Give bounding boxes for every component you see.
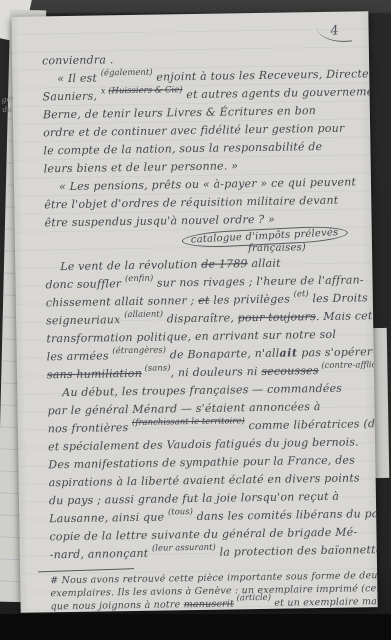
manuscript-segment: allait — [248, 257, 281, 271]
manuscript-segment: transformation politique, en arrivant su… — [46, 328, 336, 346]
manuscript-segment: du pays ; aussi grande fut la joie lorsq… — [49, 490, 339, 508]
manuscript-segment: pour toujours — [238, 310, 316, 324]
manuscript-segment: donc souffler — [45, 277, 125, 291]
manuscript-segment: . Mais cette — [316, 309, 378, 323]
manuscript-segment: (tous) — [168, 507, 193, 517]
manuscript-segment: , ni douleurs ni — [170, 365, 261, 379]
manuscript-segment: sur nos rivages ; l'heure de l'affran- — [153, 273, 364, 289]
manuscript-text: conviendra .« Il est (également) enjoint… — [42, 47, 369, 564]
manuscript-segment: (également) — [101, 68, 153, 79]
manuscript-segment: copie de la lettre suivante du général d… — [49, 525, 357, 543]
manuscript-segment: Lausanne, ainsi que — [49, 510, 168, 525]
page-number-value: 4 — [315, 22, 352, 47]
manuscript-segment: les privilèges — [209, 292, 293, 306]
manuscript-segment: leurs biens et de leur personne. » — [44, 159, 239, 175]
manuscript-segment: être l'objet d'ordres de réquisition mil… — [44, 194, 338, 212]
manuscript-segment: et autres agents du gouvernement de — [183, 85, 378, 101]
manuscript-segment: (enfin) — [125, 274, 153, 284]
manuscript-segment: (étrangères) — [112, 345, 166, 356]
manuscript-segment: la protection des baïonnettes françaises… — [216, 542, 378, 559]
manuscript-segment: sans humiliation — [47, 367, 142, 381]
manuscript-photo: gestion du 4 conviendra .« Il est (égale… — [0, 0, 391, 640]
manuscript-segment: (allaient) — [124, 309, 163, 320]
manuscript-segment: les armées — [47, 349, 113, 363]
manuscript-segment: seigneuriaux — [46, 313, 124, 327]
manuscript-segment: Sauniers, — [42, 89, 100, 103]
manuscript-segment: Berne, de tenir leurs Livres & Écritures… — [43, 104, 316, 121]
manuscript-segment: (article) — [234, 593, 271, 604]
manuscript-segment: (contre-afflictions) — [319, 360, 378, 371]
manuscript-segment: dans les comités libérans du pays, — [193, 507, 378, 523]
manuscript-segment: (sans) — [142, 363, 171, 373]
manuscript-segment: et un exemplaire manuscrit — [271, 596, 378, 609]
manuscript-segment: par le général Ménard — s'étaient annonc… — [47, 400, 320, 417]
manuscript-segment: (Huissiers & Cie) — [108, 85, 183, 96]
manuscript-segment: les Droits — [309, 291, 368, 305]
manuscript-segment: nos frontières — [48, 421, 132, 435]
manuscript-segment: Des manifestations de sympathie pour la … — [48, 453, 355, 471]
manuscript-segment: (franchissant le territoire) — [132, 416, 245, 428]
manuscript-segment: être suspendus jusqu'à nouvel ordre ? » — [44, 213, 275, 230]
manuscript-segment: Le vent de la révolution — [60, 258, 201, 273]
manuscript-segment: de Bonaparte, n'all — [166, 347, 280, 362]
manuscript-segment: Au début, les troupes françaises — comma… — [62, 382, 342, 399]
manuscript-segment: conviendra . — [42, 53, 114, 67]
manuscript-segment: « Il est — [57, 71, 101, 85]
manuscript-segment: ordre et de continuer avec fidélité leur… — [43, 122, 344, 140]
manuscript-segment: (et) — [294, 289, 309, 299]
photo-bottom-band — [0, 614, 391, 640]
manuscript-segment: enjoint à tous les Receveurs, Directeurs… — [153, 67, 378, 84]
manuscript-segment: et — [198, 294, 210, 307]
manuscript-segment: chissement allait sonner ; — [46, 294, 199, 309]
page-number: 4 — [315, 18, 352, 46]
manuscript-segment: (leur assurant) — [152, 543, 216, 554]
manuscript-segment: pas s'opérer — [298, 345, 373, 359]
manuscript-page: 4 conviendra .« Il est (également) enjoi… — [11, 11, 377, 613]
manuscript-line: -nard, annonçant (leur assurant) la prot… — [50, 541, 369, 564]
manuscript-segment: disparaître, — [163, 311, 238, 325]
manuscript-segment: ait — [279, 346, 297, 359]
manuscript-segment: comme libératrices (du peuple suisse — [245, 416, 378, 432]
manuscript-segment: secousses — [261, 364, 318, 378]
manuscript-segment: manuscrit — [184, 598, 234, 610]
manuscript-segment: -nard, annonçant — [50, 547, 152, 562]
manuscript-segment: que nous joignons à notre — [51, 599, 184, 612]
footnote-lines: # Nous avons retrouvé cette pièce import… — [50, 569, 370, 612]
manuscript-segment: le compte de la nation, sous la responsa… — [43, 140, 322, 157]
footnote: # Nous avons retrouvé cette pièce import… — [50, 565, 370, 612]
manuscript-segment: aspirations à la liberté avaient éclaté … — [49, 471, 360, 489]
footnote-separator — [38, 568, 134, 572]
manuscript-segment: « Les pensions, prêts ou « à-payer » ce … — [59, 175, 356, 193]
manuscript-segment: x — [101, 86, 109, 96]
manuscript-segment: de 1789 — [201, 257, 248, 271]
manuscript-segment: et spécialement des Vaudois fatigués du … — [48, 435, 359, 453]
